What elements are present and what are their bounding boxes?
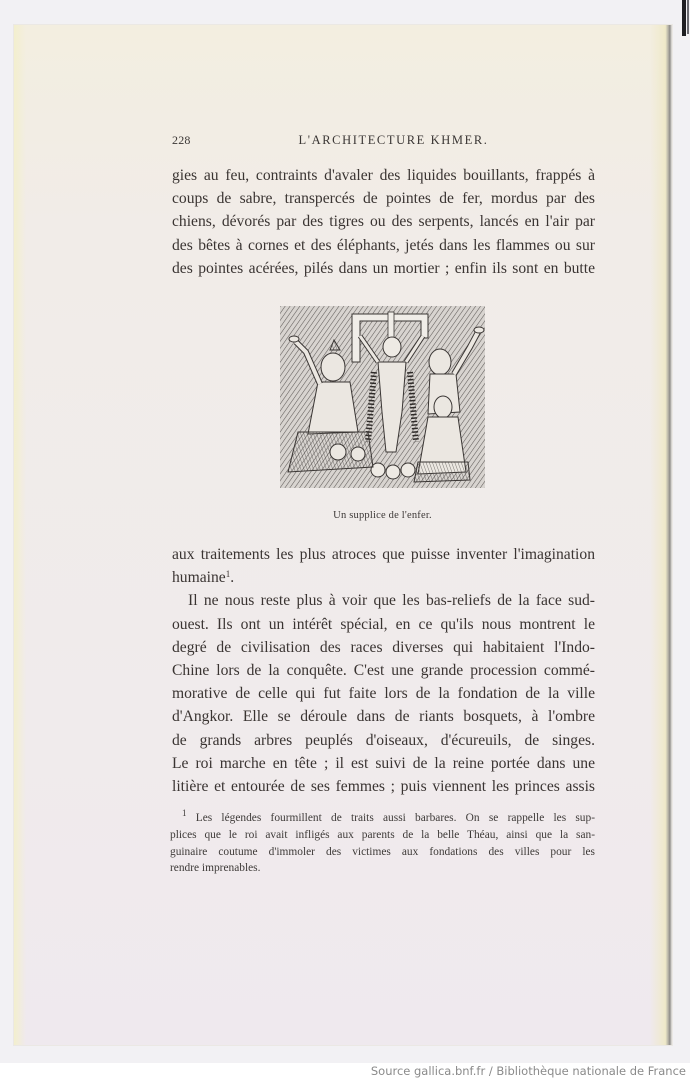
page-right-edge xyxy=(650,25,672,1045)
text-line: Le roi marche en tête ; il est suivi de … xyxy=(172,752,595,775)
text-line: chiens, dévorés par des tigres ou des se… xyxy=(172,210,595,233)
paragraph-1: gies au feu, contraints d'avaler des liq… xyxy=(172,164,595,280)
footnote-line: rendre imprenables. xyxy=(170,860,595,877)
footnote-line: guinaire coutume d'immoler des victimes … xyxy=(170,844,595,861)
text-fragment: humaine xyxy=(172,569,226,586)
footnote-line: plices que le roi avait infligés aux par… xyxy=(170,827,595,844)
footnote: 1 Les légendes fourmillent de traits aus… xyxy=(170,810,595,877)
text-fragment: . xyxy=(230,569,234,586)
text-line: Chine lors de la conquête. C'est une gra… xyxy=(172,659,595,682)
text-line: morative de celle qui fut faite lors de … xyxy=(172,682,595,705)
text-line: litière et entourée de ses femmes ; puis… xyxy=(172,775,595,798)
running-head: 228 L'ARCHITECTURE KHMER. xyxy=(172,133,595,153)
text-line: d'Angkor. Elle se déroule dans de riants… xyxy=(172,705,595,728)
text-fragment: Les légendes fourmillent de traits aussi… xyxy=(196,812,595,824)
source-credit: Source gallica.bnf.fr / Bibliothèque nat… xyxy=(371,1064,686,1078)
text-line: humaine1. xyxy=(172,566,595,589)
page-left-edge xyxy=(14,25,26,1045)
running-title: L'ARCHITECTURE KHMER. xyxy=(172,133,595,148)
source-bar: Source gallica.bnf.fr / Bibliothèque nat… xyxy=(0,1063,690,1080)
text-line: Il ne nous reste plus à voir que les bas… xyxy=(172,589,595,612)
bas-relief-illustration xyxy=(278,302,487,490)
text-line: des pointes acérées, pilés dans un morti… xyxy=(172,257,595,280)
text-line: coups de sabre, transpercés de pointes d… xyxy=(172,187,595,210)
text-line: de grands arbres peuplés d'oiseaux, d'éc… xyxy=(172,729,595,752)
footnote-line: 1 Les légendes fourmillent de traits aus… xyxy=(170,810,595,827)
text-line: des bêtes à cornes et des éléphants, jet… xyxy=(172,234,595,257)
figure-engraving xyxy=(278,302,487,490)
text-line: ouest. Ils ont un intérêt spécial, en ce… xyxy=(172,613,595,636)
footnote-marker: 1 xyxy=(182,808,187,818)
document-viewer: 228 L'ARCHITECTURE KHMER. gies au feu, c… xyxy=(0,0,690,1080)
figure-caption: Un supplice de l'enfer. xyxy=(278,510,487,521)
text-line: aux traitements les plus atroces que pui… xyxy=(172,543,595,566)
binding-mark-shadow xyxy=(687,0,689,34)
text-line: gies au feu, contraints d'avaler des liq… xyxy=(172,164,595,187)
binding-mark xyxy=(682,0,686,36)
paragraph-1-continued: aux traitements les plus atroces que pui… xyxy=(172,543,595,798)
text-line: degré de civilisation des races diverses… xyxy=(172,636,595,659)
